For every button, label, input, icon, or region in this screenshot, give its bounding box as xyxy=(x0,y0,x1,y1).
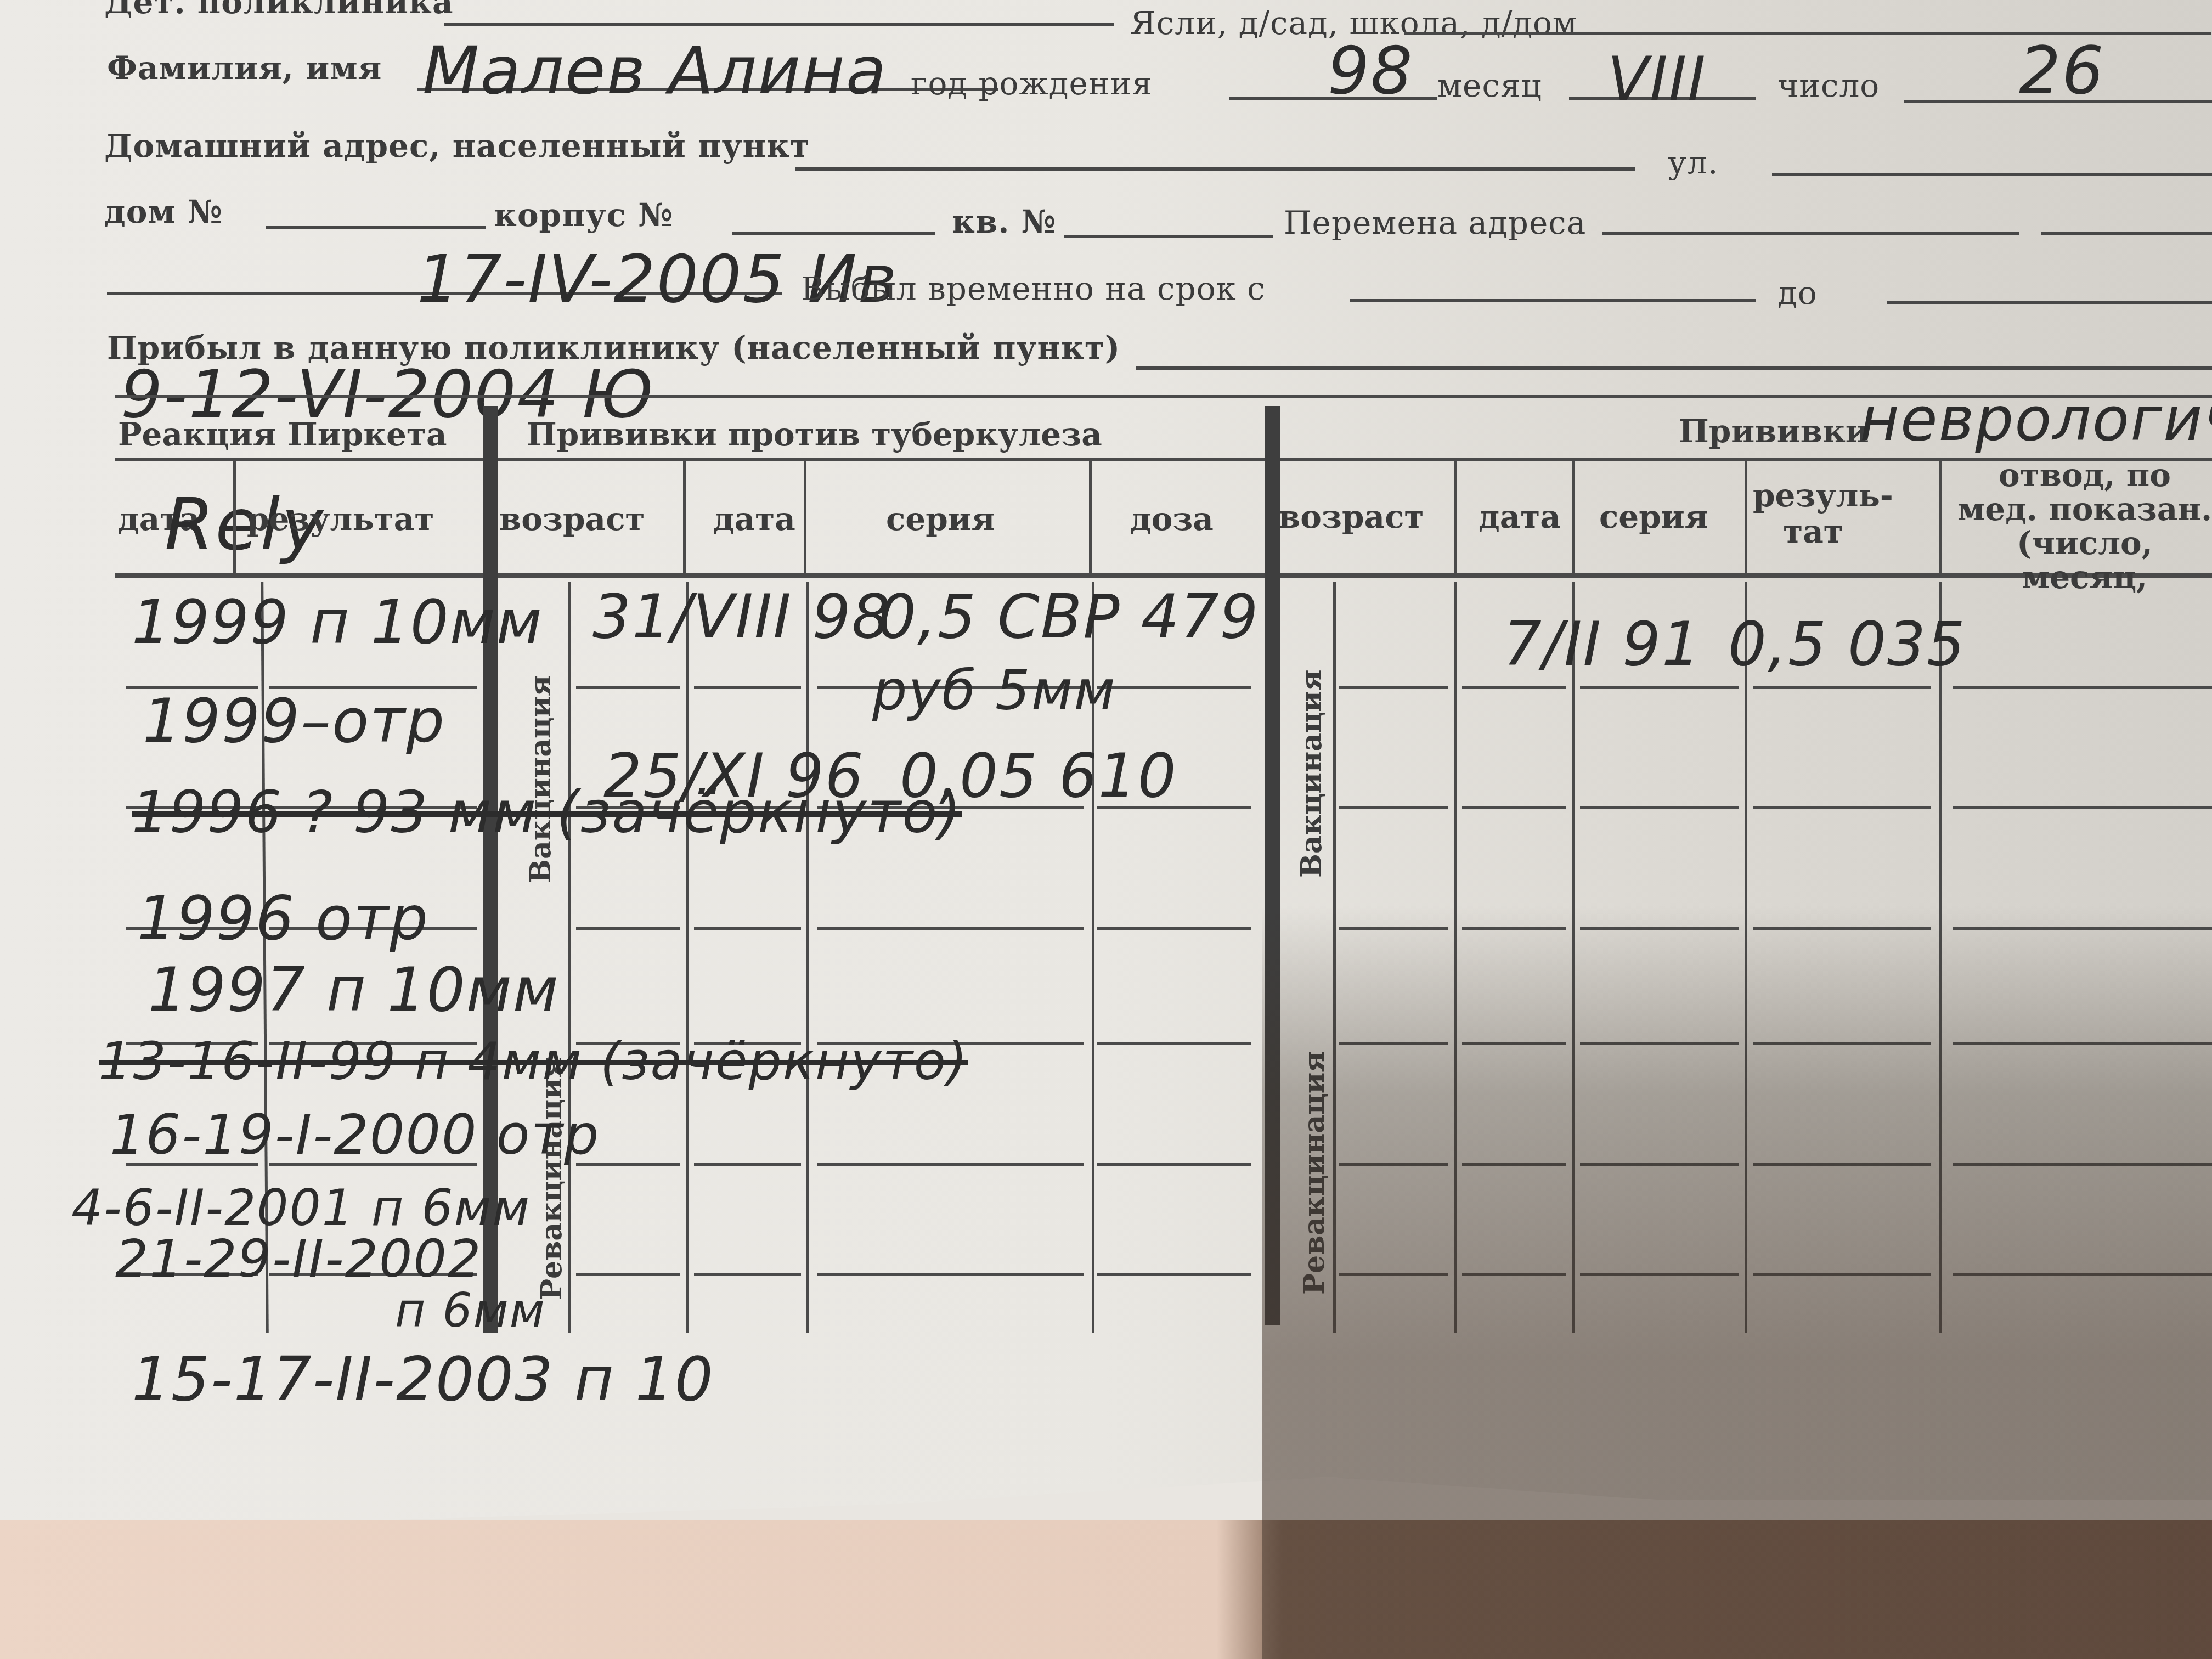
col-tb-date: дата xyxy=(713,500,795,538)
row-rule xyxy=(1462,686,1566,689)
month-value: VIII xyxy=(1607,44,1707,114)
tb-row-date: 31/VIII 98 xyxy=(592,582,891,652)
row-rule xyxy=(1339,806,1448,809)
mantoux-row: 1999–отр xyxy=(143,686,445,756)
col-polio-date: дата xyxy=(1479,498,1561,535)
day-value: 26 xyxy=(2019,33,2105,109)
divider xyxy=(806,582,809,1333)
arrived-field[interactable] xyxy=(1136,366,2212,370)
label-address: Домашний адрес, населенный пункт xyxy=(104,127,810,165)
polio-title: Прививки xyxy=(1679,413,1869,450)
col-polio-exemption: отвод, по мед. показан. (число, месяц, xyxy=(1953,458,2212,594)
row-rule xyxy=(1753,806,1931,809)
label-day: число xyxy=(1778,67,1880,104)
row-rule xyxy=(817,1273,1084,1276)
address-field[interactable] xyxy=(795,167,1635,171)
address-change-field-2[interactable] xyxy=(2041,232,2212,235)
mantoux-row: 13-16-II-99 п 4мм (зачёркнуто) xyxy=(99,1031,968,1092)
divider xyxy=(1572,461,1575,573)
row-rule xyxy=(1753,686,1931,689)
building-field[interactable] xyxy=(732,232,935,235)
divider xyxy=(1089,461,1092,573)
row-rule xyxy=(694,1273,801,1276)
row-rule xyxy=(1097,1042,1251,1045)
label-address-change: Перемена адреса xyxy=(1284,204,1586,241)
mantoux-row: 16-19-I-2000 отр xyxy=(110,1103,600,1167)
mantoux-row: 1997 п 10мм xyxy=(148,955,560,1025)
street-field[interactable] xyxy=(1772,173,2212,176)
divider xyxy=(686,582,689,1333)
col-polio-age: возраст xyxy=(1278,498,1424,535)
until-field[interactable] xyxy=(1887,301,2212,304)
tb-row-dose: руб 5мм xyxy=(872,658,1116,723)
polio-row-series: 0,5 035 xyxy=(1728,609,1966,679)
label-building: корпус № xyxy=(494,196,673,234)
label-clinic: Дет. поликлиника xyxy=(104,0,454,21)
row-rule xyxy=(694,1163,801,1166)
birth-year-value: 98 xyxy=(1328,33,1414,109)
row-rule xyxy=(576,927,680,930)
row-rule xyxy=(1953,806,2212,809)
label-left-temporarily: Выбыл временно на срок с xyxy=(801,270,1266,307)
row-rule xyxy=(1097,1163,1251,1166)
row-rule xyxy=(576,1273,680,1276)
tb-title: Прививки против туберкулеза xyxy=(527,416,1102,453)
name-value: Малев Алина xyxy=(422,33,887,109)
mantoux-title: Реакция Пиркета xyxy=(118,416,447,453)
mantoux-row: п 6мм xyxy=(395,1284,546,1338)
row-rule xyxy=(1097,927,1251,930)
clinic-field[interactable] xyxy=(444,23,1114,26)
col-tb-age: возраст xyxy=(499,500,645,538)
divider xyxy=(1454,461,1457,573)
row-rule xyxy=(1097,686,1251,689)
row-rule xyxy=(694,927,801,930)
label-street: ул. xyxy=(1668,144,1718,181)
polio-vaccination-label: Вакцинация xyxy=(1295,670,1328,878)
mantoux-row: 1999 п 10мм xyxy=(132,587,543,657)
mantoux-row: 15-17-II-2003 п 10 xyxy=(132,1344,714,1414)
mantoux-row: 1996 отр xyxy=(137,883,429,953)
row-rule xyxy=(576,686,680,689)
label-until: до xyxy=(1778,274,1818,312)
row-rule xyxy=(1580,806,1739,809)
divider xyxy=(1939,461,1942,573)
row-rule xyxy=(817,927,1084,930)
row-rule xyxy=(694,686,801,689)
header-bottom-rule xyxy=(115,573,2212,578)
col-polio-result: резуль-тат xyxy=(1753,477,1874,550)
divider xyxy=(1745,461,1747,573)
tb-row-series: 0,05 610 xyxy=(900,741,1177,811)
polio-row-date: 7/II 91 xyxy=(1503,609,1701,679)
row-rule xyxy=(1339,686,1448,689)
row-rule xyxy=(817,1163,1084,1166)
label-apartment: кв. № xyxy=(952,203,1057,240)
address-change-field[interactable] xyxy=(1602,232,2019,235)
col-mantoux-result: результат xyxy=(247,500,434,538)
row-rule xyxy=(1953,686,2212,689)
col-tb-dose: доза xyxy=(1130,500,1214,538)
tb-row-series: 0,5 CBP 479 xyxy=(878,582,1259,652)
header-rule-2 xyxy=(115,458,2212,461)
divider xyxy=(233,461,236,573)
divider xyxy=(683,461,686,573)
col-polio-series: серия xyxy=(1599,498,1708,535)
row-rule xyxy=(1462,806,1566,809)
apartment-field[interactable] xyxy=(1064,235,1273,238)
divider xyxy=(804,461,806,573)
shadow xyxy=(1262,905,2212,1659)
label-name: Фамилия, имя xyxy=(107,49,382,87)
polio-title-handwritten: неврологич. xyxy=(1860,384,2212,454)
label-month: месяц xyxy=(1437,67,1542,104)
tb-row-date: 25/XI 96 xyxy=(603,741,865,811)
label-birth-year: год рождения xyxy=(911,65,1153,102)
col-tb-series: серия xyxy=(886,500,995,538)
mantoux-row: 21-29-II-2002 xyxy=(115,1229,482,1289)
label-house: дом № xyxy=(104,193,223,230)
house-field[interactable] xyxy=(266,226,486,229)
tb-revaccination-label: Ревакцинация xyxy=(535,1057,568,1300)
left-since-field[interactable] xyxy=(1350,299,1756,302)
row-rule xyxy=(1580,686,1739,689)
row-rule xyxy=(1097,1273,1251,1276)
